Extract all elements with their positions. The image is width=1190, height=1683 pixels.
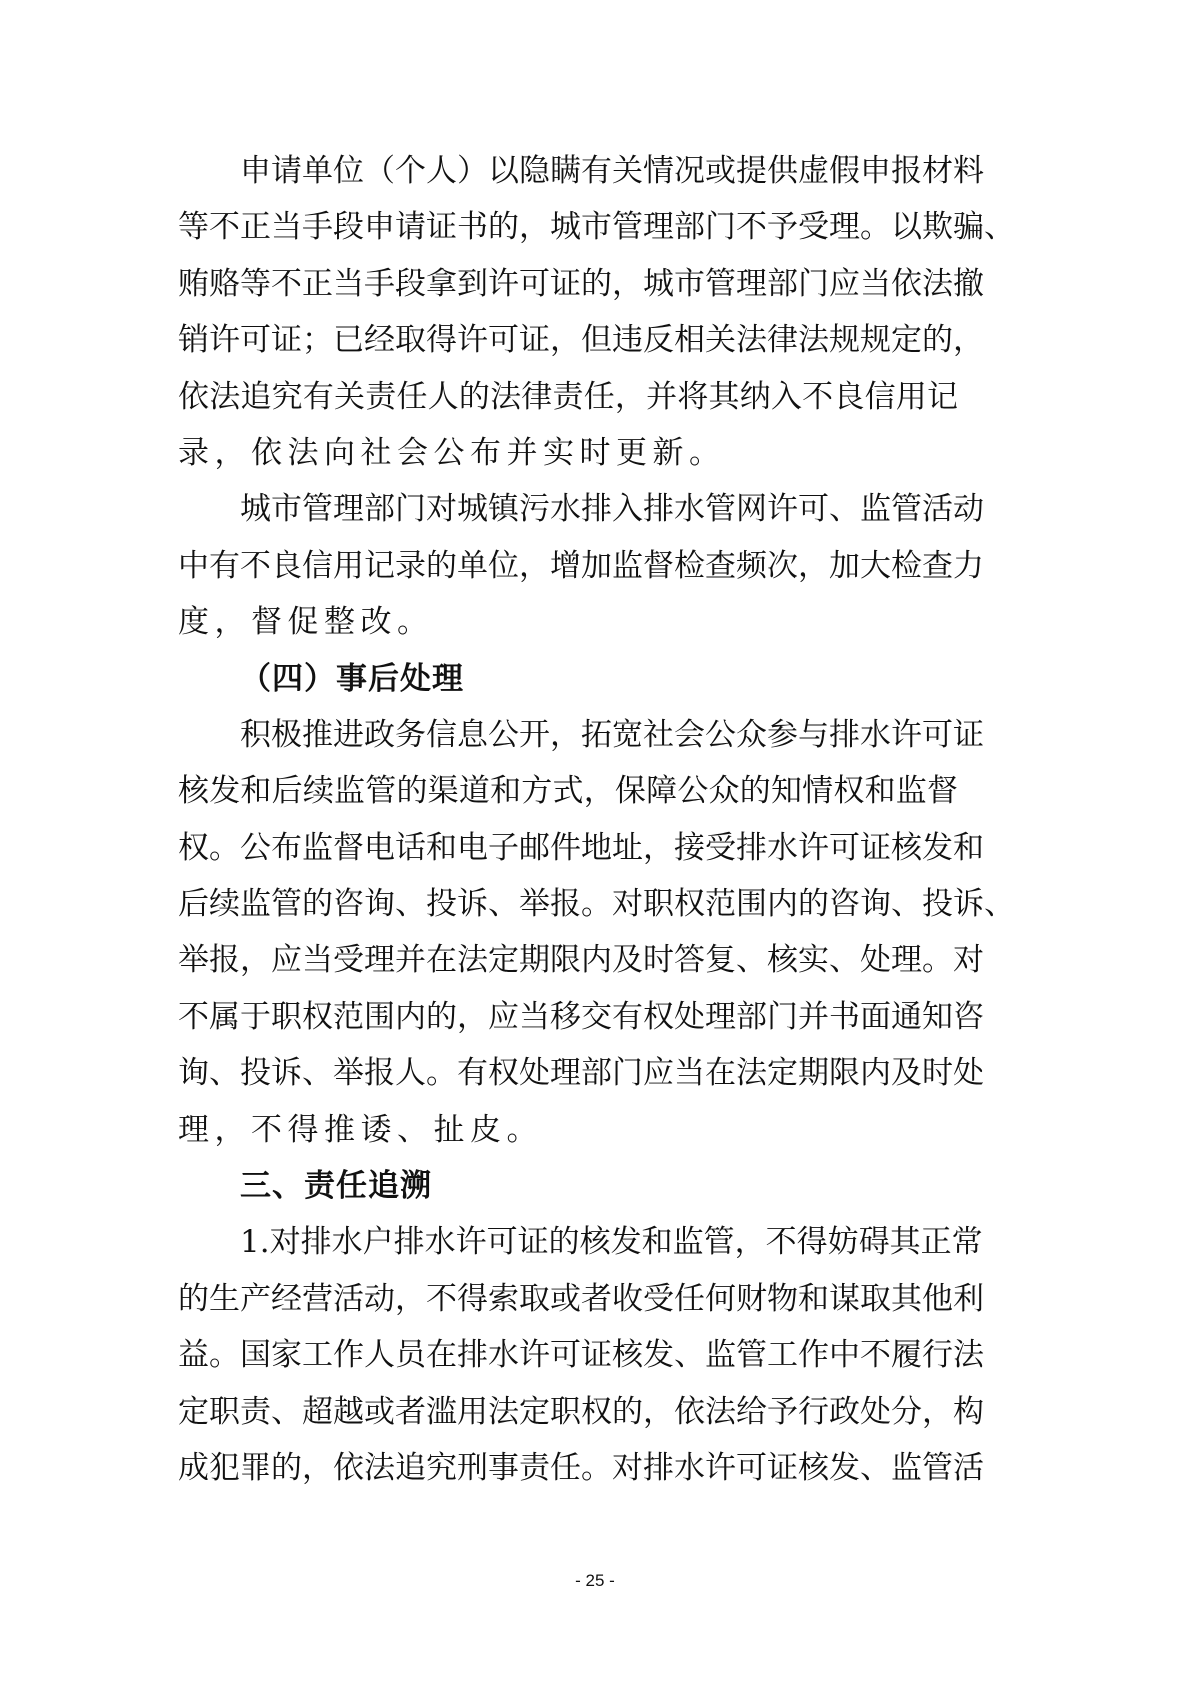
- text-line: 贿赂等不正当手段拿到许可证的，城市管理部门应当依法撤: [178, 256, 958, 312]
- text-line: 的生产经营活动，不得索取或者收受任何财物和谋取其他利: [178, 1271, 958, 1327]
- text-line: 成犯罪的，依法追究刑事责任。对排水许可证核发、监管活: [178, 1440, 958, 1496]
- paragraph-false-credit-consequences: 申请单位（个人）以隐瞒有关情况或提供虚假申报材料 等不正当手段申请证书的，城市管…: [178, 143, 958, 481]
- text-line: 录，依法向社会公布并实时更新。: [178, 425, 958, 481]
- text-line: 核发和后续监管的渠道和方式，保障公众的知情权和监督: [178, 763, 958, 819]
- document-body: 申请单位（个人）以隐瞒有关情况或提供虚假申报材料 等不正当手段申请证书的，城市管…: [178, 143, 958, 1496]
- section-heading-accountability: 三、责任追溯: [178, 1158, 958, 1214]
- text-line: 后续监管的咨询、投诉、举报。对职权范围内的咨询、投诉、: [178, 876, 958, 932]
- text-line: 理，不得推诿、扯皮。: [178, 1102, 958, 1158]
- text-line: 依法追究有关责任人的法律责任，并将其纳入不良信用记: [178, 369, 958, 425]
- paragraph-public-information: 积极推进政务信息公开，拓宽社会公众参与排水许可证 核发和后续监管的渠道和方式，保…: [178, 707, 958, 1158]
- document-page: 申请单位（个人）以隐瞒有关情况或提供虚假申报材料 等不正当手段申请证书的，城市管…: [0, 0, 1190, 1683]
- text-line: 不属于职权范围内的，应当移交有权处理部门并书面通知咨: [178, 989, 958, 1045]
- paragraph-bad-credit-supervision: 城市管理部门对城镇污水排入排水管网许可、监管活动 中有不良信用记录的单位，增加监…: [178, 481, 958, 650]
- text-line: 销许可证；已经取得许可证，但违反相关法律法规规定的，: [178, 312, 958, 368]
- paragraph-accountability-item-1: 1.对排水户排水许可证的核发和监管，不得妨碍其正常 的生产经营活动，不得索取或者…: [178, 1214, 958, 1496]
- text-line: 举报，应当受理并在法定期限内及时答复、核实、处理。对: [178, 932, 958, 988]
- text-line: 中有不良信用记录的单位，增加监督检查频次，加大检查力: [178, 538, 958, 594]
- section-heading-post-handling: （四）事后处理: [178, 651, 958, 707]
- text-line: 度，督促整改。: [178, 594, 958, 650]
- text-line: 积极推进政务信息公开，拓宽社会公众参与排水许可证: [178, 707, 958, 763]
- text-line: 等不正当手段申请证书的，城市管理部门不予受理。以欺骗、: [178, 199, 958, 255]
- text-line: 权。公布监督电话和电子邮件地址，接受排水许可证核发和: [178, 820, 958, 876]
- text-line: 申请单位（个人）以隐瞒有关情况或提供虚假申报材料: [178, 143, 958, 199]
- text-line: 城市管理部门对城镇污水排入排水管网许可、监管活动: [178, 481, 958, 537]
- text-line: 1.对排水户排水许可证的核发和监管，不得妨碍其正常: [178, 1214, 958, 1270]
- text-line: 询、投诉、举报人。有权处理部门应当在法定期限内及时处: [178, 1045, 958, 1101]
- page-number: - 25 -: [0, 1571, 1190, 1591]
- text-line: 定职责、超越或者滥用法定职权的，依法给予行政处分，构: [178, 1384, 958, 1440]
- text-line: 益。国家工作人员在排水许可证核发、监管工作中不履行法: [178, 1327, 958, 1383]
